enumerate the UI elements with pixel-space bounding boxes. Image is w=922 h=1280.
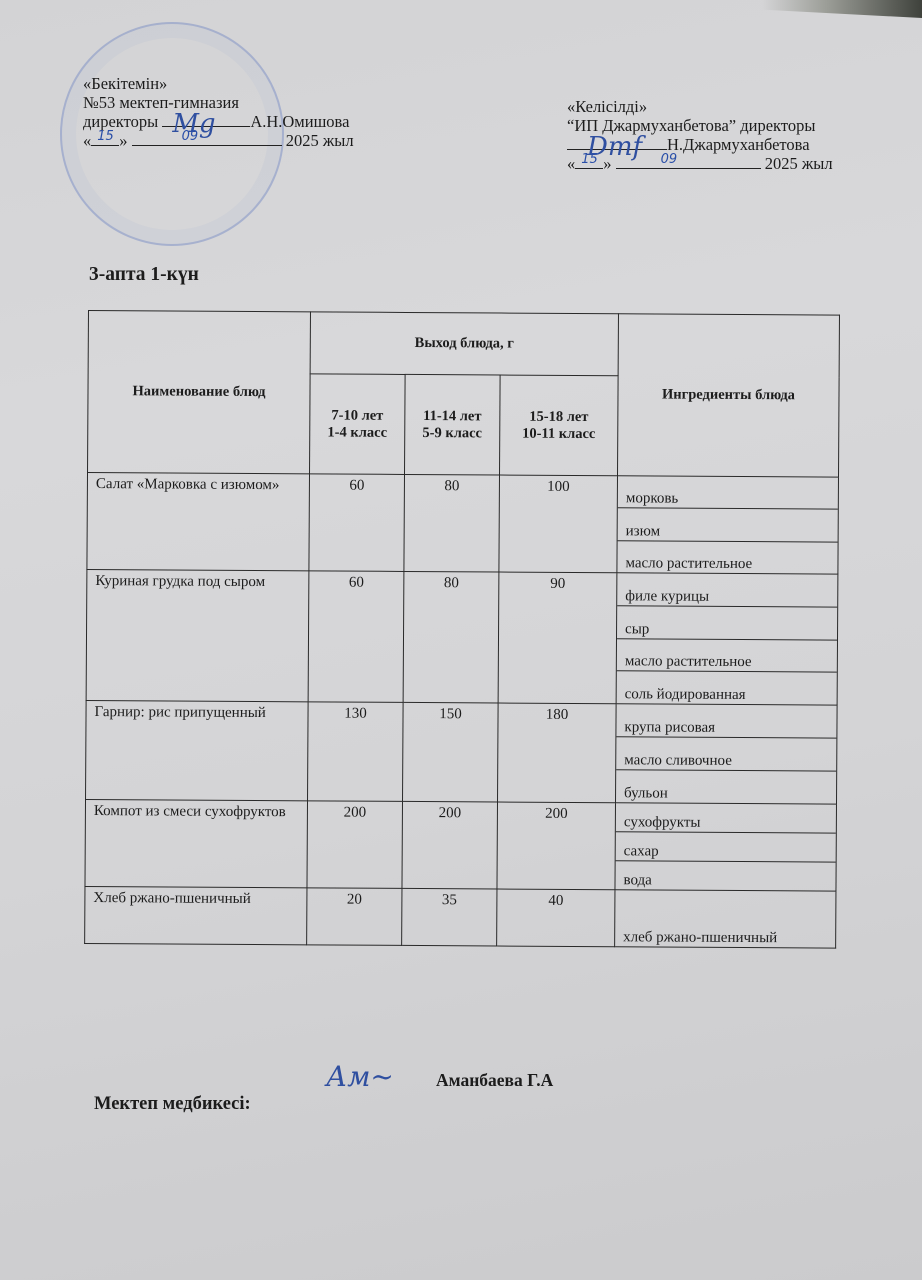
approval-year: 2025 жыл [286, 131, 354, 150]
background-edge [762, 0, 922, 18]
approval-block-right: «Келісілді» “ИП Джармуханбетова” директо… [567, 97, 833, 173]
dish-name: Салат «Марковка с изюмом» [87, 473, 310, 571]
ingredient-item: масло растительное [617, 639, 837, 673]
nurse-name: Аманбаева Г.А [436, 1070, 553, 1091]
ingredients-cell: морковьизюммасло растительное [617, 476, 839, 574]
portion-grams: 200 [307, 801, 403, 889]
dish-name: Хлеб ржано-пшеничный [85, 886, 307, 944]
portion-grams: 150 [403, 702, 499, 802]
portion-grams: 200 [402, 801, 498, 889]
ingredient-item: сахар [616, 832, 836, 862]
agreement-day: 15 [581, 150, 598, 169]
approval-role: директоры [83, 112, 158, 131]
ingredient-item: морковь [618, 476, 838, 510]
portion-grams: 80 [404, 474, 500, 572]
ingredient-item: бульон [616, 770, 836, 803]
ingredient-item: изюм [618, 509, 838, 543]
table-row: Куриная грудка под сыром608090филе куриц… [86, 569, 838, 705]
approval-heading: «Бекітемін» [83, 74, 354, 93]
approval-org: №53 мектеп-гимназия [83, 93, 354, 112]
agreement-heading: «Келісілді» [567, 97, 833, 116]
table-row: Гарнир: рис припущенный130150180крупа ри… [86, 700, 838, 804]
ingredient-item: соль йодированная [617, 671, 837, 704]
page-title: 3-апта 1-күн [89, 264, 199, 286]
ingredient-item: масло сливочное [616, 737, 836, 771]
portion-grams: 35 [402, 888, 497, 946]
portion-grams: 200 [497, 802, 616, 890]
approval-day: 15 [97, 127, 114, 146]
signature-line: Dmf [567, 135, 667, 150]
portion-grams: 100 [499, 475, 618, 573]
table-row: Хлеб ржано-пшеничный203540хлеб ржано-пше… [85, 886, 836, 948]
header-dish-name: Наименование блюд [88, 311, 311, 474]
approval-person: А.Н.Омишова [250, 112, 349, 131]
nurse-label: Мектеп медбикесі: [94, 1094, 251, 1115]
dish-name: Куриная грудка под сыром [86, 569, 309, 701]
approval-date-line: «15» 09 2025 жыл [83, 131, 354, 150]
header-age-group: 11-14 лет5-9 класс [405, 374, 501, 475]
ingredients-cell: хлеб ржано-пшеничный [615, 890, 836, 948]
agreement-month: 09 [661, 150, 678, 169]
agreement-person: Н.Джармуханбетова [667, 135, 810, 154]
portion-grams: 90 [498, 572, 617, 704]
portion-grams: 60 [309, 474, 405, 572]
ingredient-item: сухофрукты [616, 803, 836, 833]
header-age-group: 7-10 лет1-4 класс [310, 374, 406, 475]
portion-grams: 130 [308, 702, 404, 802]
agreement-year: 2025 жыл [765, 154, 833, 173]
signature-line: Мg [162, 112, 250, 127]
approval-block-left: «Бекітемін» №53 мектеп-гимназия директор… [83, 74, 354, 150]
ingredient-item: хлеб ржано-пшеничный [615, 890, 835, 947]
ingredients-cell: сухофруктысахарвода [615, 803, 837, 891]
dish-name: Гарнир: рис припущенный [86, 700, 309, 800]
portion-grams: 20 [307, 888, 402, 946]
ingredients-cell: крупа рисоваямасло сливочноебульон [615, 704, 837, 804]
nurse-signature-icon: Ам~ [326, 1060, 394, 1093]
approval-month: 09 [182, 127, 199, 146]
table-row: Салат «Марковка с изюмом»6080100морковьи… [87, 473, 839, 575]
ingredients-cell: филе курицысырмасло растительноесоль йод… [616, 573, 838, 705]
approval-role-line: директоры Мg А.Н.Омишова [83, 112, 354, 131]
ingredient-item: филе курицы [617, 573, 837, 607]
header-ingredients: Ингредиенты блюда [617, 314, 839, 477]
portion-grams: 60 [308, 571, 404, 703]
portion-grams: 40 [497, 889, 615, 947]
header-output: Выход блюда, г [310, 312, 618, 376]
agreement-person-line: Dmf Н.Джармуханбетова [567, 135, 833, 154]
portion-grams: 80 [403, 571, 499, 703]
table-row: Компот из смеси сухофруктов200200200сухо… [85, 799, 837, 891]
ingredient-item: масло растительное [617, 541, 837, 574]
ingredient-item: вода [615, 861, 835, 890]
header-age-group: 15-18 лет10-11 класс [499, 375, 618, 476]
portion-grams: 180 [498, 703, 617, 803]
ingredient-item: крупа рисовая [616, 704, 836, 738]
dish-name: Компот из смеси сухофруктов [85, 799, 308, 887]
ingredient-item: сыр [617, 606, 837, 640]
agreement-date-line: «15» 09 2025 жыл [567, 154, 833, 173]
menu-table: Наименование блюд Выход блюда, г Ингреди… [84, 310, 840, 949]
